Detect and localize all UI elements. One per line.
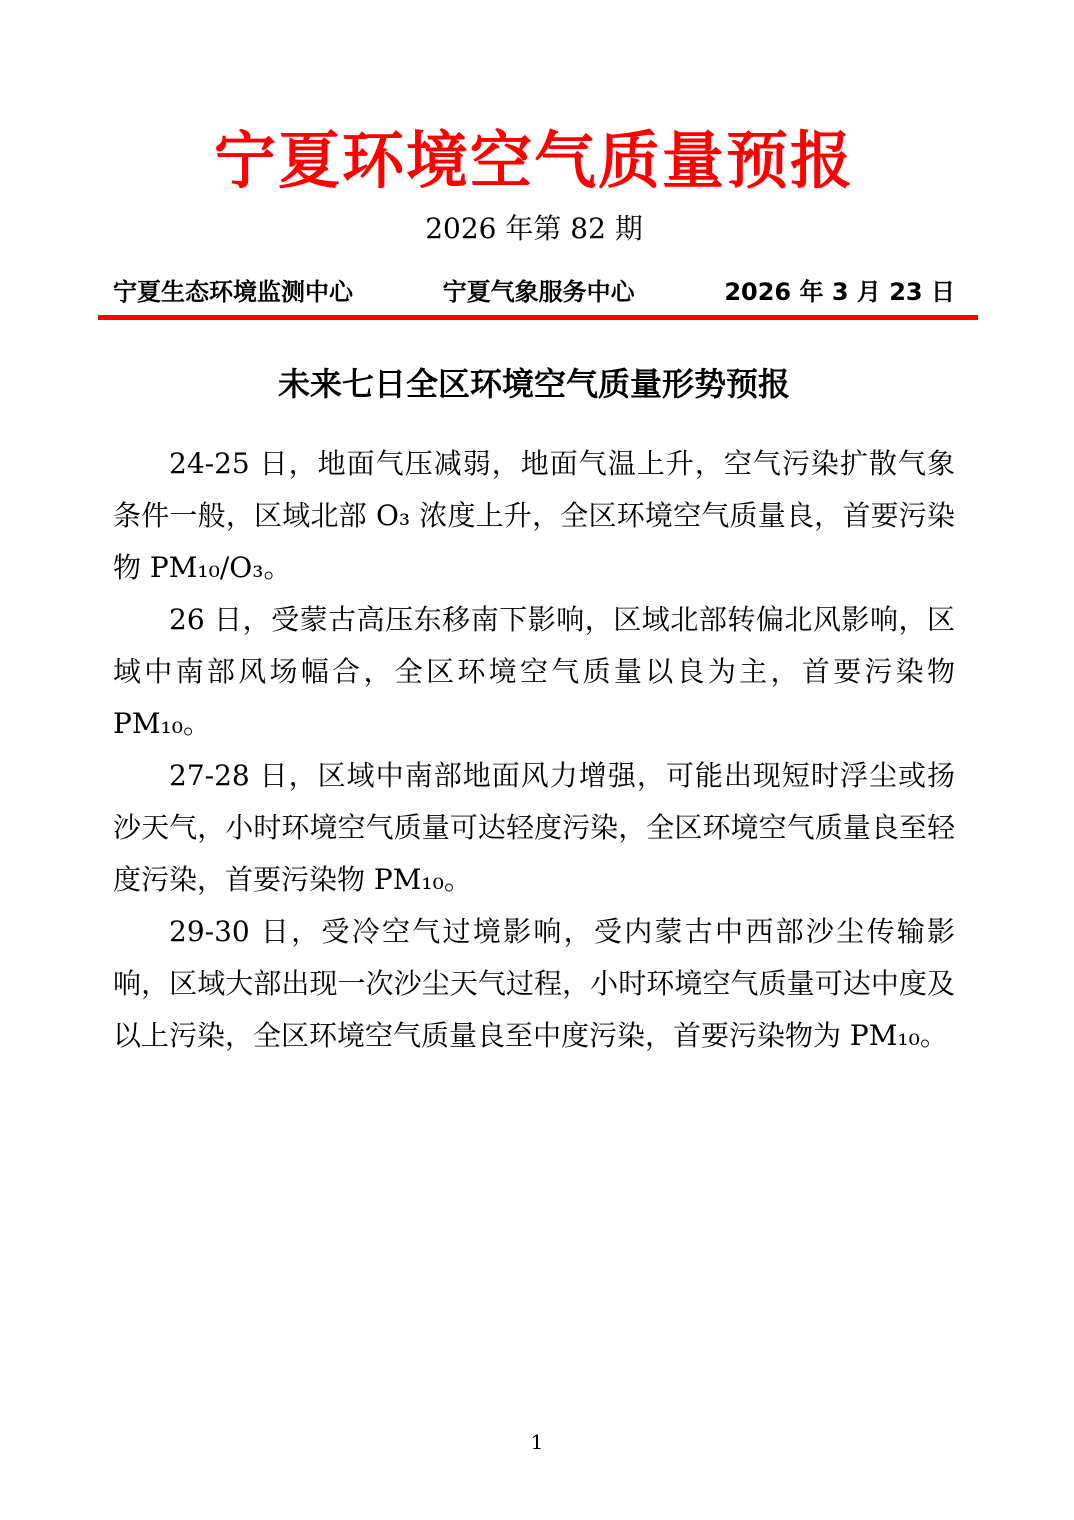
org-monitoring-center: 宁夏生态环境监测中心 [113,277,353,307]
forecast-paragraph-24-25: 24-25 日，地面气压减弱，地面气温上升，空气污染扩散气象条件一般，区域北部 … [113,438,955,594]
org-meteorological-center: 宁夏气象服务中心 [443,277,635,307]
red-divider-line [98,315,978,320]
document-title: 宁夏环境空气质量预报 [113,126,955,195]
section-title: 未来七日全区环境空气质量形势预报 [113,364,955,404]
document-page: 宁夏环境空气质量预报 2026 年第 82 期 宁夏生态环境监测中心 宁夏气象服… [0,0,1074,1520]
header-row: 宁夏生态环境监测中心 宁夏气象服务中心 2026 年 3 月 23 日 [113,277,955,307]
page-number: 1 [0,1430,1074,1454]
forecast-body: 24-25 日，地面气压减弱，地面气温上升，空气污染扩散气象条件一般，区域北部 … [113,438,955,1062]
forecast-paragraph-26: 26 日，受蒙古高压东移南下影响，区域北部转偏北风影响，区域中南部风场幅合，全区… [113,594,955,750]
forecast-paragraph-29-30: 29-30 日，受冷空气过境影响，受内蒙古中西部沙尘传输影响，区域大部出现一次沙… [113,906,955,1062]
issue-number: 2026 年第 82 期 [113,211,955,247]
forecast-paragraph-27-28: 27-28 日，区域中南部地面风力增强，可能出现短时浮尘或扬沙天气，小时环境空气… [113,750,955,906]
issue-date: 2026 年 3 月 23 日 [724,277,955,307]
